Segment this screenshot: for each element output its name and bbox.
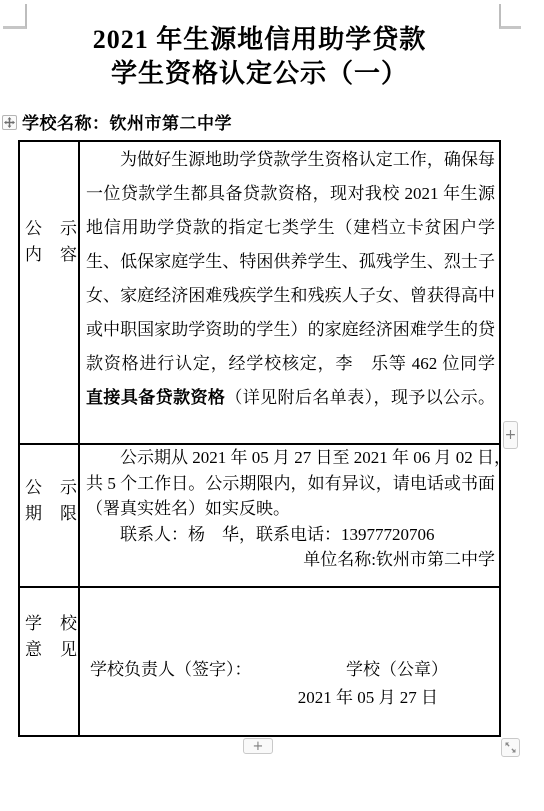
signature-line: 学校负责人（签字）： 学校（公章） — [90, 656, 495, 684]
text-line: 或中职国家助学资助的学生）的家庭经济困难学生的贷 — [86, 313, 495, 347]
document-title: 2021 年生源地信用助学贷款 学生资格认定公示（一） — [18, 23, 501, 91]
row2-header-cell[interactable]: 公示 期限 — [25, 475, 77, 527]
diagonal-resize-icon — [504, 741, 517, 754]
text-line: 为做好生源地助学贷款学生资格认定工作，确保每 — [86, 143, 495, 177]
date-line: 2021 年 05 月 27 日 — [90, 684, 495, 712]
document-page: { "title": { "line1": "2021 年生源地信用助学贷款",… — [0, 0, 544, 811]
insert-row-below-button[interactable]: + — [243, 738, 273, 754]
row1-content-cell[interactable]: 为做好生源地助学贷款学生资格认定工作，确保每 一位贷款学生都具备贷款资格，现对我… — [80, 143, 501, 415]
title-line-1: 2021 年生源地信用助学贷款 — [18, 23, 501, 57]
crop-mark-top-right — [499, 4, 521, 29]
title-line-2: 学生资格认定公示（一） — [18, 57, 501, 91]
text-line: （署真实姓名）如实反映。 — [86, 496, 495, 522]
text-segment: （详见附后名单表），现予以公示。 — [225, 388, 495, 407]
signer-label: 学校负责人（签字）： — [90, 656, 252, 684]
text-line: 共 5 个工作日。公示期限内，如有异议，请电话或书面 — [86, 471, 495, 497]
insert-row-button[interactable]: + — [503, 421, 518, 449]
text-line: 款资格进行认定，经学校核定，李 乐等 462 位同学 — [86, 347, 495, 381]
notice-table: 公示 内容 为做好生源地助学贷款学生资格认定工作，确保每 一位贷款学生都具备贷款… — [18, 140, 501, 737]
bold-phrase: 直接具备贷款资格 — [86, 388, 225, 407]
plus-icon: + — [505, 427, 517, 443]
text-line: 直接具备贷款资格（详见附后名单表），现予以公示。 — [86, 381, 495, 415]
contact-line: 联系人：杨 华，联系电话：13977720706 — [86, 522, 495, 548]
move-icon — [4, 117, 15, 128]
school-name-label: 学校名称：钦州市第二中学 — [22, 112, 232, 136]
text-line: 一位贷款学生都具备贷款资格，现对我校 2021 年生源 — [86, 177, 495, 211]
row2-content-cell[interactable]: 公示期从 2021 年 05 月 27 日至 2021 年 06 月 02 日，… — [80, 445, 501, 573]
seal-label: 学校（公章） — [346, 656, 448, 684]
plus-icon: + — [253, 739, 264, 754]
unit-name-line: 单位名称:钦州市第二中学 — [86, 547, 495, 573]
table-move-handle[interactable] — [2, 115, 17, 130]
text-line: 公示期从 2021 年 05 月 27 日至 2021 年 06 月 02 日， — [86, 445, 495, 471]
table-resize-handle[interactable] — [501, 738, 520, 757]
row3-header-line2: 意见 — [25, 637, 77, 663]
row3-header-line1: 学校 — [25, 611, 77, 637]
row1-header-line1: 公示 — [25, 216, 77, 242]
row2-header-line2: 期限 — [25, 501, 77, 527]
row2-header-line1: 公示 — [25, 475, 77, 501]
row1-header-line2: 内容 — [25, 242, 77, 268]
row-divider-2 — [20, 586, 499, 588]
row3-header-cell[interactable]: 学校 意见 — [25, 611, 77, 663]
row3-content-cell[interactable]: 学校负责人（签字）： 学校（公章） 2021 年 05 月 27 日 — [80, 656, 501, 712]
row1-header-cell[interactable]: 公示 内容 — [25, 216, 77, 268]
text-line: 女、家庭经济困难残疾学生和残疾人子女、曾获得高中 — [86, 279, 495, 313]
text-line: 地信用助学贷款的指定七类学生（建档立卡贫困户学 — [86, 211, 495, 245]
text-line: 生、低保家庭学生、特困供养学生、孤残学生、烈士子 — [86, 245, 495, 279]
